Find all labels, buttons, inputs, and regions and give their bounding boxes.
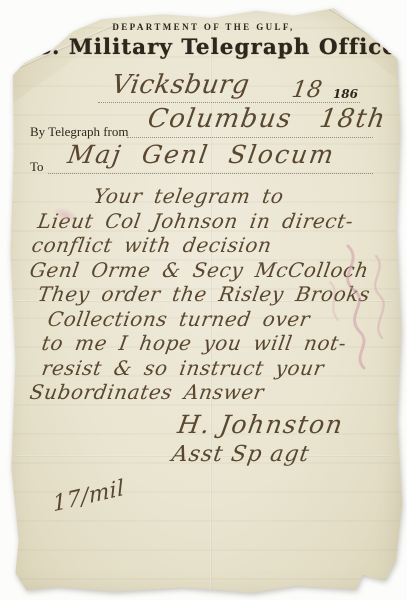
department-heading: DEPARTMENT OF THE GULF, bbox=[0, 22, 407, 32]
printed-year-prefix: 186 bbox=[333, 87, 358, 101]
message-line: Lieut Col Johnson in direct- bbox=[36, 209, 384, 234]
message-line: Subordinates Answer bbox=[28, 380, 384, 405]
ink-bleed-mark bbox=[318, 242, 402, 372]
handwritten-place: Vicksburg bbox=[110, 70, 252, 100]
handwritten-recipient: Maj Genl Slocum bbox=[66, 140, 338, 169]
signature-title: Asst Sp agt bbox=[170, 442, 311, 467]
message-line: Your telegram to bbox=[92, 184, 384, 209]
handwritten-origin: Columbus 18th bbox=[146, 104, 389, 134]
from-label: By Telegraph from bbox=[30, 124, 129, 140]
to-label: To bbox=[30, 159, 44, 175]
handwritten-day: 18 bbox=[290, 77, 324, 103]
signature-name: H. Johnston bbox=[176, 410, 346, 439]
paper-shadow: DEPARTMENT OF THE GULF, U. S. Military T… bbox=[0, 0, 407, 600]
telegram-paper: DEPARTMENT OF THE GULF, U. S. Military T… bbox=[0, 0, 407, 600]
office-title: U. S. Military Telegraph Office, bbox=[0, 35, 407, 60]
docket-note: 17/mil bbox=[52, 476, 125, 518]
scanned-telegram-image: DEPARTMENT OF THE GULF, U. S. Military T… bbox=[0, 0, 407, 600]
